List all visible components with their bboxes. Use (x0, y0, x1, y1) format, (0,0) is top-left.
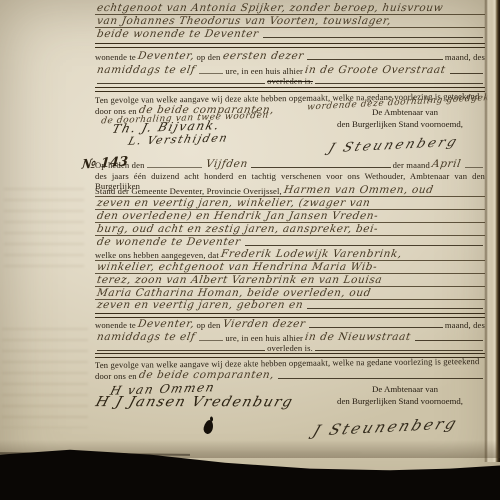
bleed-through-text (4, 188, 84, 268)
printed-overleden-struck: overleden is. (267, 76, 313, 86)
official-title-line: De Ambtenaar van (372, 107, 438, 117)
handwriting-daypart: namiddags te (94, 331, 179, 343)
printed-label: maand, des (445, 52, 485, 62)
handwriting-day: Vijfden (203, 158, 251, 170)
printed-overleden: overleden is. (267, 343, 313, 353)
blank-rule (97, 83, 265, 84)
handwriting: echtgenoot van Antonia Spijker, zonder b… (94, 2, 446, 14)
printed-label: ure, in een huis alhier (225, 333, 303, 343)
stand-line: Stand der Gemeente Deventer, Provincie O… (95, 184, 485, 197)
handwriting-deceased-name: Frederik Lodewijk Varenbrink, (218, 248, 405, 260)
official-signature: J Steunenberg (330, 138, 480, 153)
handwriting-month: April (429, 158, 464, 170)
signature: H J Jansen Vredenburg (94, 394, 296, 410)
handwriting: van Johannes Theodorus van Voorten, touw… (94, 15, 394, 27)
printed-label: welke ons hebben aangegeven, dat (95, 250, 219, 260)
printed-label: maand, des (445, 320, 485, 330)
handwriting: Maria Catharina Homan, beide overleden, … (94, 287, 374, 299)
blank-rule (147, 167, 202, 168)
handwriting-date: Vierden dezer (220, 318, 308, 330)
blank-rule (315, 83, 483, 84)
handwriting-hour: elf (177, 331, 198, 343)
date-line: Op heden den Vijfden der maand April (95, 158, 485, 170)
handwritten-line: den overledene) en Hendrik Jan Jansen Vr… (95, 210, 485, 223)
blank-rule (278, 378, 483, 379)
bleed-through-text (2, 328, 88, 428)
declaration-line: welke ons hebben aangegeven, dat Frederi… (95, 248, 485, 261)
overleden-line: overleden is. (95, 343, 485, 353)
handwriting: de wonende te Deventer (94, 236, 243, 248)
blank-rule (415, 340, 483, 341)
blank-rule (465, 167, 483, 168)
handwriting-date: eersten dezer (220, 50, 307, 62)
handwriting: beide wonende te Deventer (94, 28, 262, 40)
handwriting-location: in de Nieuwstraat (302, 331, 414, 343)
official-title: De Ambtenaar van (330, 107, 480, 117)
printed-label: der maand (393, 160, 430, 170)
section-divider-rule (95, 43, 485, 48)
handwriting-city: Deventer, (135, 50, 197, 62)
official-title-line: den Burgerlijken Stand voornoemd, (337, 119, 463, 129)
official-title-line: den Burgerlijken Stand voornoemd, (337, 396, 463, 406)
printed-label: wonende te (95, 320, 136, 330)
handwriting: burg, oud acht en zestig jaren, aansprek… (94, 223, 381, 235)
handwriting: winkelier, echtgenoot van Hendrina Maria… (94, 261, 380, 273)
closing-signature-line: door ons en de beide comparanten, (95, 369, 485, 381)
blank-rule (199, 73, 223, 74)
handwriting: zeven en veertig jaren, winkelier, (zwag… (94, 197, 373, 209)
handwriting-hour: elf (177, 64, 198, 76)
handwriting-location: in de Groote Overstraat (302, 64, 448, 76)
handwritten-line: winkelier, echtgenoot van Hendrina Maria… (95, 261, 485, 274)
blank-rule (251, 167, 390, 168)
handwriting: terez, zoon van Albert Varenbrink en van… (94, 274, 385, 286)
official-title: De Ambtenaar van (330, 384, 480, 394)
overleden-line: overleden is. (95, 76, 485, 86)
handwriting-declarant: Harmen van Ommen, oud (281, 184, 436, 196)
blank-rule (263, 37, 483, 38)
record-top-handwritten-line: beide wonende te Deventer (95, 28, 485, 40)
handwriting-daypart: namiddags te (94, 64, 179, 76)
blank-rule (450, 73, 483, 74)
official-title-line: De Ambtenaar van (372, 384, 438, 394)
official-signature: J Steunenberg (315, 418, 485, 436)
blank-rule (309, 327, 443, 328)
blank-rule (199, 340, 223, 341)
witness-signature: L. Versthijden (129, 133, 289, 146)
handwriting-city: Deventer, (135, 318, 197, 330)
blank-rule (97, 350, 265, 351)
printed-label: wonende te (95, 52, 136, 62)
official-title: den Burgerlijken Stand voornoemd, (310, 119, 490, 129)
record-top-handwritten-line: van Johannes Theodorus van Voorten, touw… (95, 15, 485, 28)
signature: L. Versthijden (127, 131, 230, 147)
book-page-edge (484, 0, 500, 462)
official-title: den Burgerlijken Stand voornoemd, (310, 396, 490, 406)
blank-rule (315, 350, 483, 351)
handwritten-line: zeven en veertig jaren, geboren en (95, 299, 485, 311)
printed-label: op den (196, 52, 220, 62)
scanned-register-page: echtgenoot van Antonia Spijker, zonder b… (0, 0, 500, 500)
printed-text: Stand der Gemeente Deventer, Provincie O… (95, 186, 282, 196)
residence-line: wonende te Deventer, op den eersten deze… (95, 50, 485, 62)
printed-label: door ons en (95, 371, 137, 381)
printed-label: op den (196, 320, 220, 330)
residence-line: wonende te Deventer, op den Vierden deze… (95, 318, 485, 330)
blank-rule (245, 245, 483, 246)
signature: J Steunenberg (310, 414, 461, 439)
record-top-handwritten-line: echtgenoot van Antonia Spijker, zonder b… (95, 2, 485, 15)
time-line: namiddags te elf ure, in een huis alhier… (95, 64, 485, 76)
handwriting: den overledene) en Hendrik Jan Jansen Vr… (94, 210, 381, 222)
time-line: namiddags te elf ure, in een huis alhier… (95, 331, 485, 343)
handwritten-line: de wonende te Deventer (95, 236, 485, 248)
bleed-through-text (120, 452, 360, 462)
handwriting: de beide comparanten, (136, 369, 277, 381)
printed-label: ure, in een huis alhier (225, 66, 303, 76)
handwritten-line: terez, zoon van Albert Varenbrink en van… (95, 274, 485, 287)
handwritten-line: burg, oud acht en zestig jaren, aansprek… (95, 223, 485, 236)
handwriting: zeven en veertig jaren, geboren en (94, 299, 306, 311)
blank-rule (307, 59, 442, 60)
blank-rule (307, 308, 483, 309)
handwritten-line: zeven en veertig jaren, winkelier, (zwag… (95, 197, 485, 210)
